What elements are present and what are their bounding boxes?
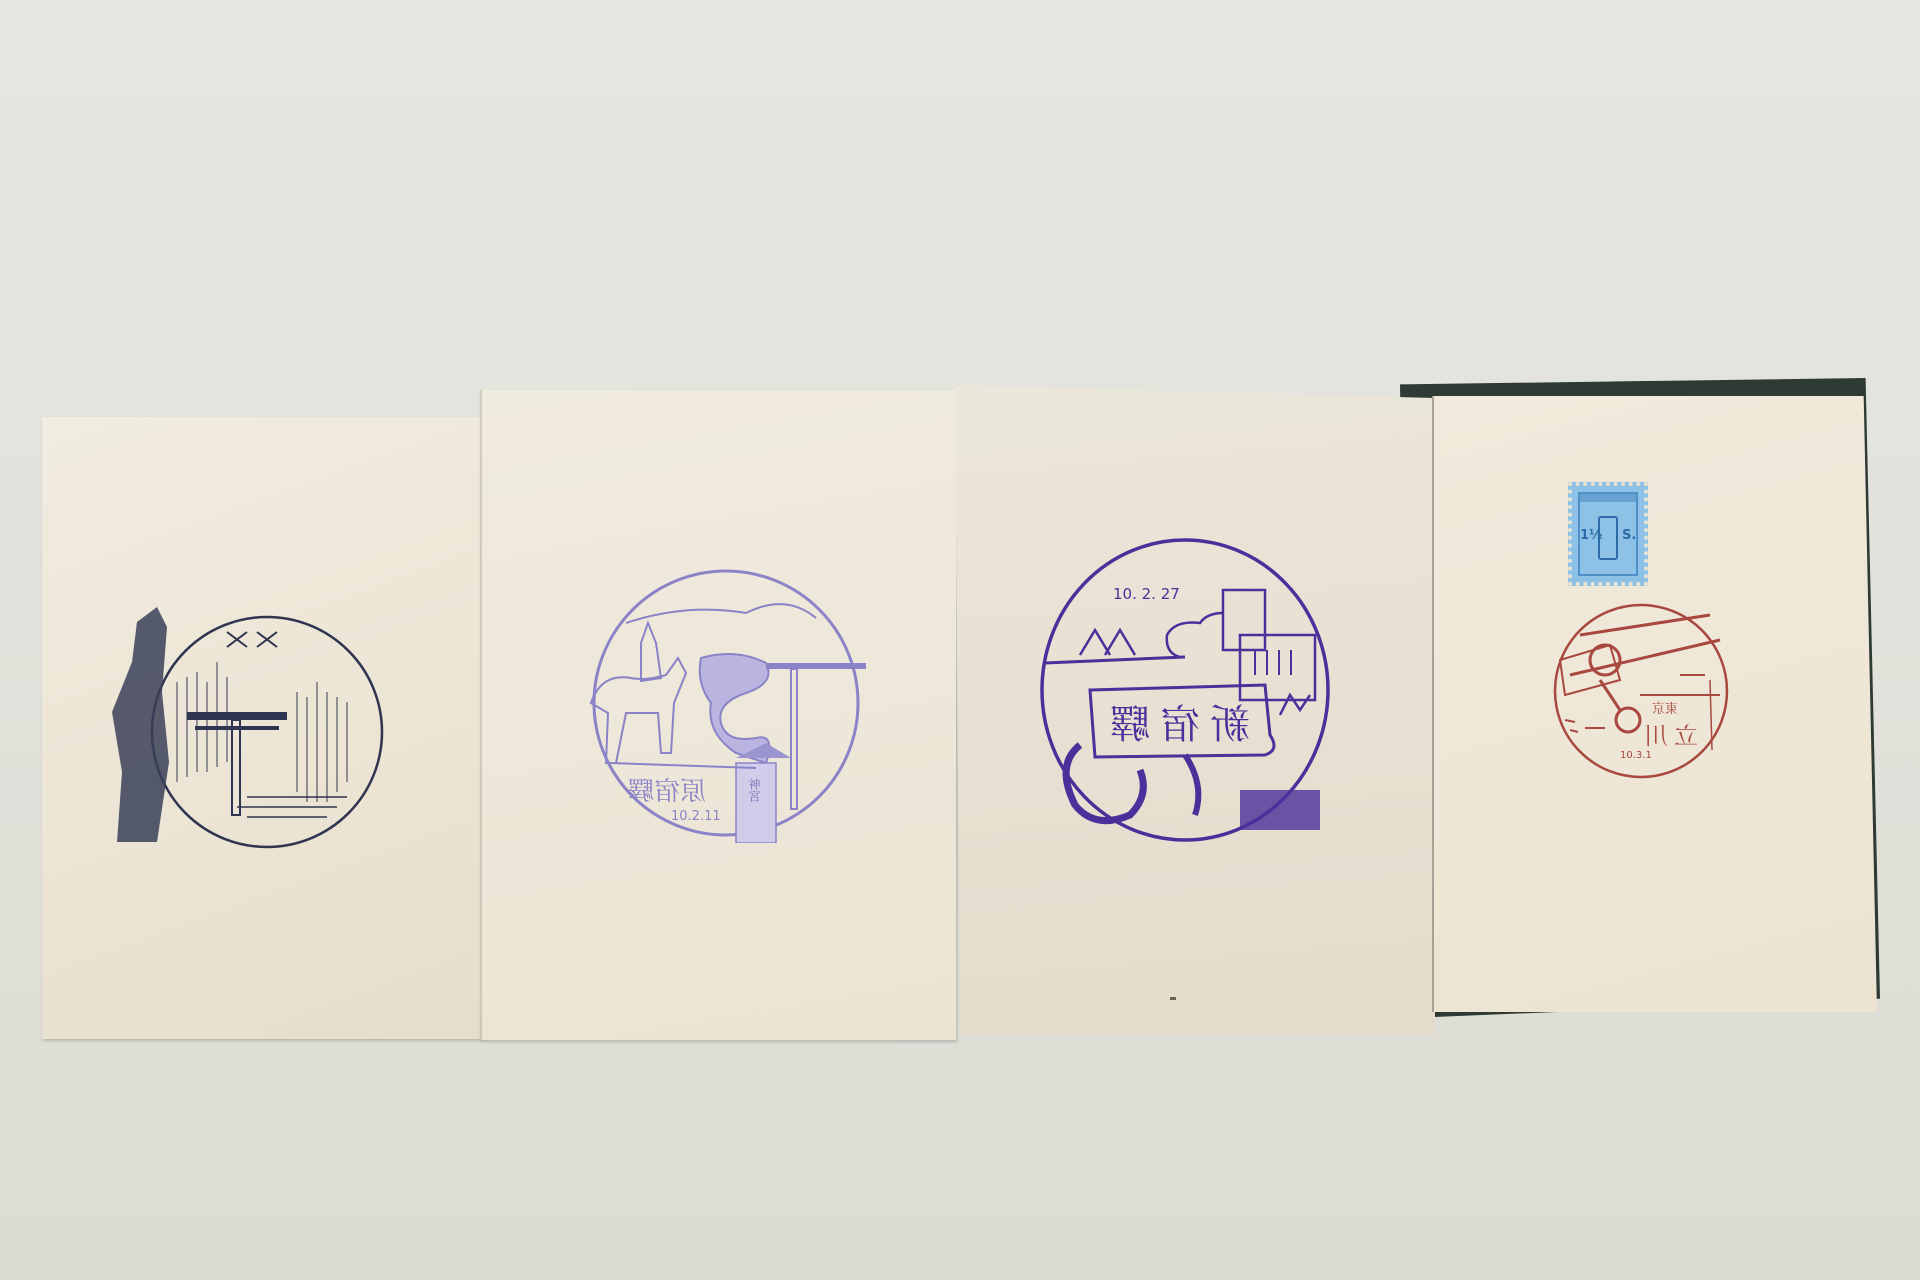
postmark-tachikawa: 東京 立川 10.3.1 (1550, 600, 1732, 782)
postmark-date: 10. 2. 27 (1113, 585, 1180, 603)
album-panel-3: 10. 2. 27 新宿驛 (955, 385, 1435, 1035)
postmark-side-text: 神宮 (746, 778, 763, 802)
fold-crease (1432, 396, 1434, 1012)
album-panel-2: 原宿驛 10.2.11 神宮 (480, 390, 956, 1040)
postage-value-left: 1½ (1580, 528, 1603, 543)
postmark-station-name: 新宿驛 (1100, 693, 1250, 750)
postmark-harajuku: 原宿驛 10.2.11 神宮 (586, 563, 866, 843)
photo-scene: 原宿驛 10.2.11 神宮 10. 2. 27 新宿驛 (0, 0, 1920, 1280)
postage-stamp: 1½ S. (1568, 482, 1648, 586)
postmark-date: 10.2.11 (671, 809, 721, 824)
postage-value-right: S. (1622, 528, 1636, 543)
postmark-prefecture: 東京 (1652, 698, 1678, 717)
postmark-shinjuku: 10. 2. 27 新宿驛 (1035, 535, 1335, 845)
postmark-date: 10.3.1 (1620, 750, 1652, 761)
postmark-station-name: 原宿驛 (628, 771, 706, 808)
postmark-station-name: 立川 (1638, 716, 1698, 751)
album-panel-1 (42, 417, 482, 1039)
fold-crease (480, 390, 482, 1040)
postmark-shrine (97, 602, 397, 862)
